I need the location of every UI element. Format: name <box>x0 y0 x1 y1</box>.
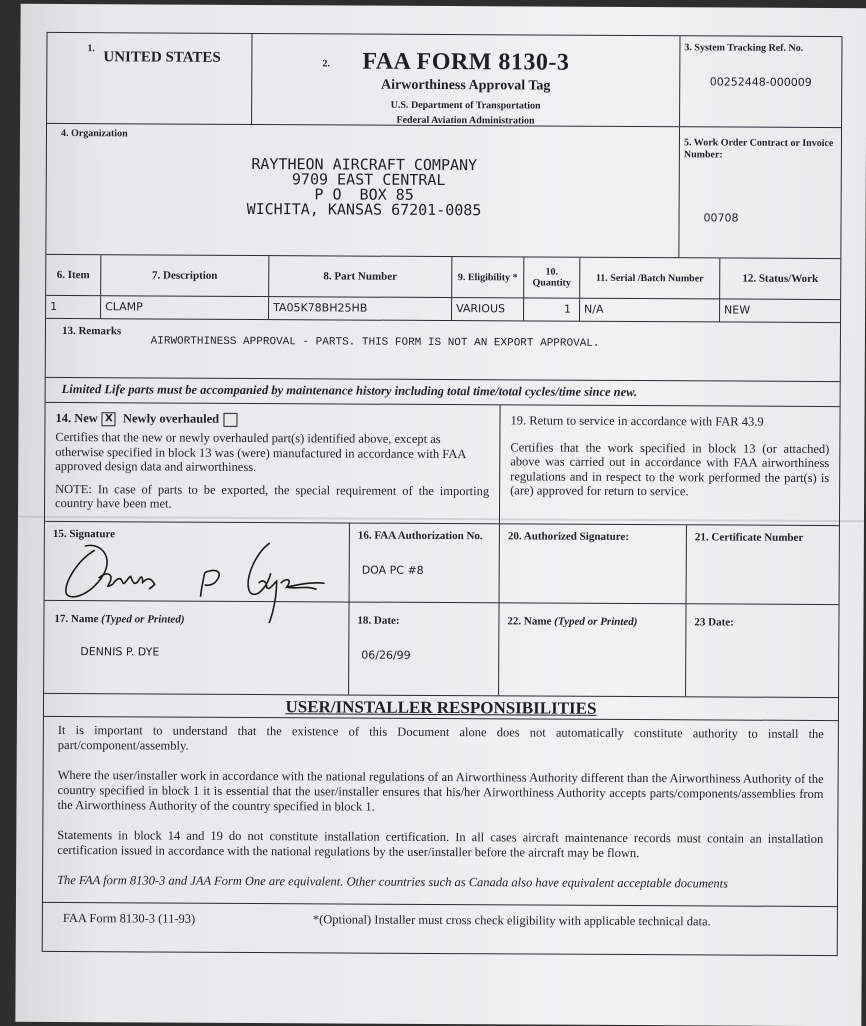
block-17-hint: (Typed or Printed) <box>101 613 184 625</box>
form-footer: FAA Form 8130-3 (11-93) *(Optional) Inst… <box>43 903 837 955</box>
paper-document: 1. UNITED STATES 2. FAA FORM 8130-3 Airw… <box>15 4 866 1024</box>
limited-life-note: Limited Life parts must be accompanied b… <box>46 378 840 406</box>
work-order-value: 00708 <box>704 211 739 224</box>
block-19-return-to-service: 19. Return to service in accordance with… <box>500 405 840 525</box>
block-5-work-order: 5. Work Order Contract or Invoice Number… <box>679 127 841 258</box>
block-5-label: 5. Work Order Contract or Invoice Number… <box>680 127 841 172</box>
name-date-row: 17. Name (Typed or Printed) DENNIS P. DY… <box>44 601 838 698</box>
block-4-label: 4. Organization <box>47 124 679 146</box>
block-18-date: 18. Date: 06/26/99 <box>349 603 499 696</box>
block-14-new-overhauled: 14. NewX Newly overhauled Certifies that… <box>45 403 501 523</box>
optional-note: *(Optional) Installer must cross check e… <box>313 912 711 946</box>
header-part-number: 8. Part Number <box>269 256 452 297</box>
block-21-label: 21. Certificate Number <box>695 531 831 544</box>
cell-eligibility: VARIOUS <box>452 298 524 320</box>
equivalence-note: The FAA form 8130-3 and JAA Form One are… <box>57 873 823 892</box>
header-status: 12. Status/Work <box>720 258 840 299</box>
new-checkbox[interactable]: X <box>102 412 116 426</box>
responsibility-paragraph: Where the user/installer work in accorda… <box>57 768 823 817</box>
overhauled-checkbox[interactable] <box>223 413 237 427</box>
cell-quantity: 1 <box>524 298 580 320</box>
block-16-authorization: 16. FAA Authorization No. DOA PC #8 <box>350 524 500 603</box>
faa-form-8130-3: 1. UNITED STATES 2. FAA FORM 8130-3 Airw… <box>42 32 843 956</box>
responsibilities-body: It is important to understand that the e… <box>43 717 838 906</box>
block-22-hint: (Typed or Printed) <box>554 616 637 628</box>
cell-item: 1 <box>46 296 101 318</box>
block-1-number: 1. <box>87 43 95 54</box>
name-value: DENNIS P. DYE <box>80 645 338 659</box>
cell-description: CLAMP <box>101 296 269 319</box>
header-quantity: 10. Quantity <box>524 257 580 297</box>
remarks-row: 13. Remarks AIRWORTHINESS APPROVAL - PAR… <box>46 319 840 382</box>
responsibility-paragraph: It is important to understand that the e… <box>58 723 824 757</box>
block-19-label: 19. Return to service in accordance with… <box>510 413 829 429</box>
organization-address: RAYTHEON AIRCRAFT COMPANY 9709 EAST CENT… <box>247 157 482 218</box>
authorization-value: DOA PC #8 <box>362 564 491 578</box>
block-13-remarks: 13. Remarks AIRWORTHINESS APPROVAL - PAR… <box>46 319 840 381</box>
header-row: 1. UNITED STATES 2. FAA FORM 8130-3 Airw… <box>47 33 841 128</box>
cell-part-number: TA05K78BH25HB <box>269 297 452 320</box>
block-16-label: 16. FAA Authorization No. <box>358 530 491 543</box>
responsibilities-title: USER/INSTALLER RESPONSIBILITIES <box>44 694 838 720</box>
block-19-text: Certifies that the work specified in blo… <box>510 440 829 500</box>
block-17-label: 17. Name <box>54 613 98 625</box>
block-14-text: Certifies that the new or newly overhaul… <box>55 430 489 476</box>
block-20-label: 20. Authorized Signature: <box>508 530 678 543</box>
block-14-header: 14. NewX Newly overhauled <box>55 411 489 428</box>
block-13-label: 13. Remarks <box>62 325 148 337</box>
cell-serial: N/A <box>580 299 720 322</box>
form-id: FAA Form 8130-3 (11-93) <box>63 911 313 944</box>
form-footer-row: FAA Form 8130-3 (11-93) *(Optional) Inst… <box>43 903 837 955</box>
header-eligibility: 9. Eligibility * <box>452 257 524 297</box>
block-22-name: 22. Name (Typed or Printed) <box>499 603 686 696</box>
remarks-value: AIRWORTHINESS APPROVAL - PARTS. THIS FOR… <box>151 325 600 349</box>
block-15-signature: 15. Signature <box>45 522 350 602</box>
organization-row: 4. Organization RAYTHEON AIRCRAFT COMPAN… <box>46 124 841 259</box>
block-17-name: 17. Name (Typed or Printed) DENNIS P. DY… <box>44 601 349 695</box>
block-3-tracking: 3. System Tracking Ref. No. 00252448-000… <box>680 36 841 127</box>
header-description: 7. Description <box>101 255 269 296</box>
form-subtitle: Airworthiness Approval Tag <box>252 77 679 95</box>
department-name: U.S. Department of Transportation <box>252 99 679 112</box>
block-14-new-label: 14. New <box>55 411 97 425</box>
block-22-label: 22. Name <box>507 615 551 627</box>
certification-row: 14. NewX Newly overhauled Certifies that… <box>45 403 840 526</box>
parts-table-header: 6. Item 7. Description 8. Part Number 9.… <box>46 255 840 300</box>
block-23-date: 23 Date: <box>686 604 838 697</box>
block-18-label: 18. Date: <box>357 615 490 628</box>
form-title: FAA FORM 8130-3 <box>252 48 679 77</box>
block-14-note: NOTE: In case of parts to be exported, t… <box>55 482 489 513</box>
block-21-certificate-number: 21. Certificate Number <box>687 525 839 604</box>
cell-status: NEW <box>720 299 840 322</box>
signature-row: 15. Signature 16. FAA Authorization No. … <box>45 522 839 605</box>
block-23-label: 23 Date: <box>694 616 830 629</box>
block-1-country: 1. UNITED STATES <box>47 33 252 124</box>
date-value: 06/26/99 <box>361 649 490 663</box>
block-3-label: 3. System Tracking Ref. No. <box>680 36 841 60</box>
block-4-organization: 4. Organization RAYTHEON AIRCRAFT COMPAN… <box>46 124 680 257</box>
country-name: UNITED STATES <box>103 49 220 67</box>
tracking-ref-value: 00252448-000009 <box>680 75 841 89</box>
block-20-authorized-signature: 20. Authorized Signature: <box>500 524 687 603</box>
responsibility-paragraph: Statements in block 14 and 19 do not con… <box>57 828 823 862</box>
block-14-overhauled-label: Newly overhauled <box>123 411 219 426</box>
responsibilities-body-row: It is important to understand that the e… <box>43 717 838 907</box>
header-serial: 11. Serial /Batch Number <box>580 258 720 299</box>
block-2-number: 2. <box>322 58 330 69</box>
header-item: 6. Item <box>46 255 101 295</box>
block-2-form-title: 2. FAA FORM 8130-3 Airworthiness Approva… <box>252 34 680 126</box>
